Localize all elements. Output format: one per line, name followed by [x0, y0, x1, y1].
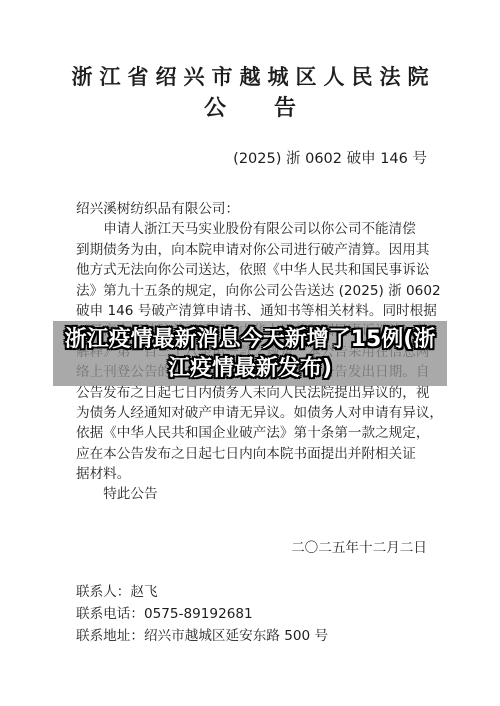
- headline-overlay-banner: 浙江疫情最新消息今天新增了15例(浙 江疫情最新发布): [53, 321, 447, 386]
- issue-date: 二〇二五年十二月二日: [291, 538, 427, 558]
- document-line: 法》第九十五条的规定，向你公司公告送达 (2025) 浙 0602: [76, 281, 432, 301]
- court-announcement-page: 浙江省绍兴市越城区人民法院 公告 (2025) 浙 0602 破申 146 号 …: [0, 0, 500, 706]
- notice-title: 公告: [0, 95, 500, 123]
- headline-text-line1: 浙江疫情最新消息今天新增了15例(浙: [65, 325, 436, 354]
- contact-person-line: 联系人：赵飞: [76, 581, 328, 603]
- contact-phone-line: 联系电话：0575-89192681: [76, 603, 328, 625]
- document-line: 申请人浙江天马实业股份有限公司以你公司不能清偿: [76, 219, 432, 239]
- document-line: 到期债务为由，向本院申请对你公司进行破产清算。因用其: [76, 240, 432, 260]
- document-line: 破申 146 号破产清算申请书、通知书等相关材料。同时根据: [76, 301, 432, 321]
- document-line: 他方式无法向你公司送达，依照《中华人民共和国民事诉讼: [76, 260, 432, 280]
- headline-text-line2: 江疫情最新发布): [168, 354, 332, 383]
- document-line: 依据《中华人民共和国企业破产法》第十条第一款之规定，: [76, 423, 432, 443]
- document-line: 特此公告: [76, 484, 432, 504]
- document-line: 为债务人经通知对破产申请无异议。如债务人对申请有异议，: [76, 403, 432, 423]
- court-name-title: 浙江省绍兴市越城区人民法院: [0, 64, 500, 90]
- contact-address-line: 联系地址：绍兴市越城区延安东路 500 号: [76, 625, 328, 647]
- document-line: 据材料。: [76, 464, 432, 484]
- notice-title-text: 公告: [204, 95, 344, 123]
- court-name-text: 浙江省绍兴市越城区人民法院: [72, 64, 436, 90]
- case-number: (2025) 浙 0602 破申 146 号: [233, 149, 427, 169]
- document-line: 应在本公告发布之日起七日内向本院书面提出并附相关证: [76, 444, 432, 464]
- document-line: 绍兴溪树纺织品有限公司：: [76, 199, 432, 219]
- contact-block: 联系人：赵飞 联系电话：0575-89192681 联系地址：绍兴市越城区延安东…: [76, 581, 328, 647]
